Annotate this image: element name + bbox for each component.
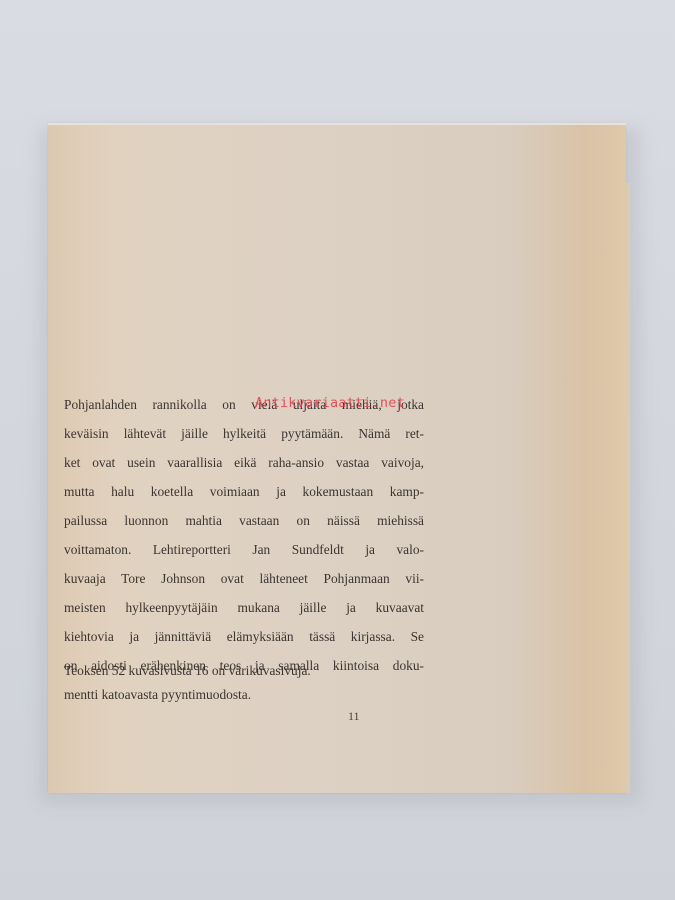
page-number: 11 xyxy=(348,709,360,724)
blurb-line: kiehtovia ja jännittäviä elämyksiään täs… xyxy=(64,622,424,651)
blurb-text: Pohjanlahden rannikolla on vielä uljaita… xyxy=(64,390,424,709)
blurb-line: pailussa luonnon mahtia vastaan on näiss… xyxy=(64,506,424,535)
blurb-line: mutta halu koetella voimiaan ja kokemust… xyxy=(64,477,424,506)
blurb-line: mentti katoavasta pyyntimuodosta. xyxy=(64,680,424,709)
blurb-line: voittamaton. Lehtireportteri Jan Sundfel… xyxy=(64,535,424,564)
watermark: Antikvariaatti.net xyxy=(255,395,405,411)
blurb-line: meisten hylkeenpyytäjäin mukana jäille j… xyxy=(64,593,424,622)
blurb-line: ket ovat usein vaarallisia eikä raha-ans… xyxy=(64,448,424,477)
color-pages-note: Teoksen 52 kuvasivusta 16 on värikuvasiv… xyxy=(64,663,311,679)
blurb-line: keväisin lähtevät jäille hylkeitä pyytäm… xyxy=(64,419,424,448)
blurb-line: kuvaaja Tore Johnson ovat lähteneet Pohj… xyxy=(64,564,424,593)
cover-top-edge xyxy=(48,123,626,125)
book-back-cover: Pohjanlahden rannikolla on vielä uljaita… xyxy=(48,123,626,793)
